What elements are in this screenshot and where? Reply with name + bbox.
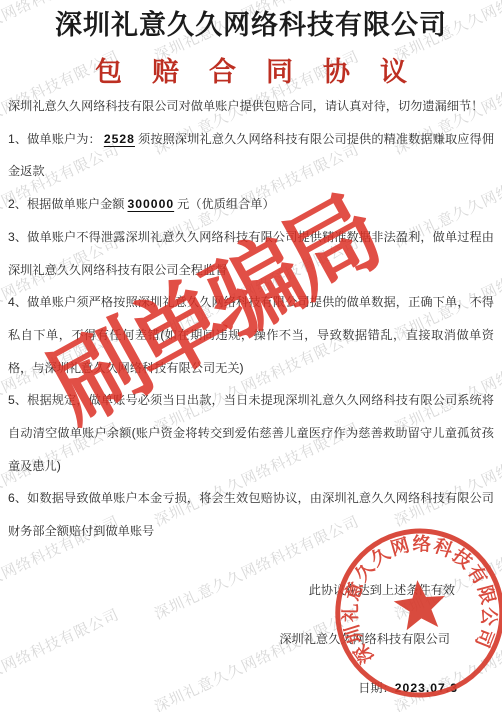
- date-value: 2023.07.3: [395, 681, 458, 695]
- clause-4: 4、做单账户须严格按照深圳礼意久久网络科技有限公司提供的做单数据，正确下单，不得…: [8, 286, 494, 384]
- clause-2: 2、根据做单账户金额300000元（优质组合单）: [8, 188, 494, 221]
- clause-5: 5、根据规定，做单账号必须当日出款，当日未提现深圳礼意久久网络科技有限公司系统将…: [8, 384, 494, 482]
- validity-note: 此协议在达到上述条件有效: [309, 581, 455, 598]
- document-content: 深圳礼意久久网络科技有限公司 包赔合同协议 深圳礼意久久网络科技有限公司对做单账…: [0, 0, 502, 712]
- clause-1-prefix: 1、做单账户为：: [8, 132, 101, 146]
- date-label: 日期：: [358, 681, 395, 695]
- clause-1: 1、做单账户为：2528须按照深圳礼意久久网络科技有限公司提供的精准数据赚取应得…: [8, 123, 494, 188]
- date-line: 日期：2023.07.3: [358, 679, 458, 696]
- clause-6: 6、如数据导致做单账户本金亏损，将会生效包赔协议，由深圳礼意久久网络科技有限公司…: [8, 482, 494, 547]
- contract-body: 深圳礼意久久网络科技有限公司对做单账户提供包赔合同，请认真对待，切勿遗漏细节！ …: [8, 90, 494, 548]
- clause-2-prefix: 2、根据做单账户金额: [8, 197, 124, 211]
- account-number-value: 2528: [101, 132, 138, 146]
- signature-company: 深圳礼意久久网络科技有限公司: [279, 630, 450, 647]
- intro-line: 深圳礼意久久网络科技有限公司对做单账户提供包赔合同，请认真对待，切勿遗漏细节！: [8, 90, 494, 123]
- clause-2-suffix: 元（优质组合单）: [177, 197, 275, 211]
- agreement-title: 包赔合同协议: [0, 55, 502, 89]
- contract-document: 深圳礼意久久网络科技有限公司深圳礼意久久网络科技有限公司深圳礼意久久网络科技有限…: [0, 0, 502, 712]
- company-title: 深圳礼意久久网络科技有限公司: [0, 8, 502, 42]
- clause-3: 3、做单账户不得泄露深圳礼意久久网络科技有限公司提供精准数据非法盈利，做单过程由…: [8, 221, 494, 286]
- account-amount-value: 300000: [124, 197, 177, 211]
